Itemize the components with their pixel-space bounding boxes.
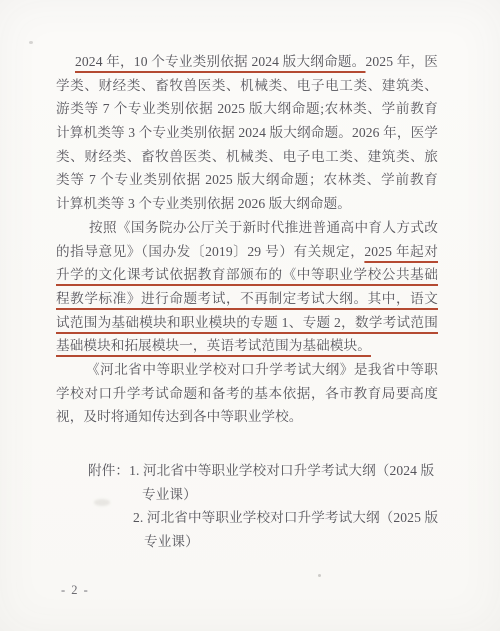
document-body: 2024 年，10 个专业类别依据 2024 版大纲命题。2025 年，医学类、… (56, 50, 438, 554)
underlined-text: 试范围为基础模块和职业模块的专题 1、专题 2，数学考试范围为 (56, 315, 438, 335)
text-segment: 游类等 7 个专业类别依据 2025 版大纲命题;农林类、学前教育类、 (56, 101, 438, 121)
text-segment: 计算机类等 3 个专业类别依据 2026 版大纲命题。 (56, 196, 351, 211)
para3-line2: 学校对口升学考试命题和备考的基本依据，各市教育局要高度重 (56, 382, 438, 406)
text-segment: 专业课） (142, 487, 197, 502)
underlined-text: 基础模块和拓展模块一，英语考试范围为基础模块。 (56, 338, 371, 353)
para2-line6: 基础模块和拓展模块一，英语考试范围为基础模块。 (56, 334, 438, 358)
para2-line5: 试范围为基础模块和职业模块的专题 1、专题 2，数学考试范围为 (56, 311, 438, 335)
para3-line1: 《河北省中等职业学校对口升学考试大纲》是我省中等职业 (86, 358, 438, 382)
attachment-line2: 专业课） (142, 483, 438, 507)
scan-artifact (29, 41, 33, 44)
para2-line2: 的指导意见》（国办发〔2019〕29 号）有关规定，2025 年起对口 (56, 240, 438, 264)
scan-artifact (318, 574, 321, 577)
text-segment: 2. 河北省中等职业学校对口升学考试大纲（2025 版 (133, 510, 438, 525)
attachment-line1: 附件：1. 河北省中等职业学校对口升学考试大纲（2024 版 (88, 459, 438, 483)
underlined-text: 程教学标准》进行命题考试，不再制定考试大纲。其中，语文考 (56, 291, 438, 311)
para2-line4: 程教学标准》进行命题考试，不再制定考试大纲。其中，语文考 (56, 287, 438, 311)
text-segment: 的指导意见》（国办发〔2019〕29 号）有关规定， (56, 244, 364, 259)
para2-line3: 升学的文化课考试依据教育部颁布的《中等职业学校公共基础课 (56, 263, 438, 287)
para1-line5: 类、财经类、畜牧兽医类、机械类、电子电工类、建筑类、旅游 (56, 145, 438, 169)
scanned-page: 2024 年，10 个专业类别依据 2024 版大纲命题。2025 年，医学类、… (0, 0, 500, 631)
text-segment: 附件：1. 河北省中等职业学校对口升学考试大纲（2024 版 (88, 463, 434, 478)
attachment-line4: 专业课） (144, 530, 438, 554)
para1-line3: 游类等 7 个专业类别依据 2025 版大纲命题;农林类、学前教育类、 (56, 97, 438, 121)
text-segment: 视，及时将通知传达到各中等职业学校。 (56, 409, 303, 424)
underlined-text: 升学的文化课考试依据教育部颁布的《中等职业学校公共基础课 (56, 267, 438, 287)
para1-line6: 类等 7 个专业类别依据 2025 版大纲命题；农林类、学前教育类、 (56, 168, 438, 192)
para2-line1: 按照《国务院办公厅关于新时代推进普通高中育人方式改革 (89, 216, 438, 240)
text-segment: 计算机类等 3 个专业类别依据 2024 版大纲命题。2026 年，医学 (56, 125, 438, 140)
text-segment: 学类、财经类、畜牧兽医类、机械类、电子电工类、建筑类、旅 (56, 78, 438, 98)
text-segment: 按照《国务院办公厅关于新时代推进普通高中育人方式改革 (89, 220, 438, 240)
attachment-line3: 2. 河北省中等职业学校对口升学考试大纲（2025 版 (133, 506, 438, 530)
text-segment: 类、财经类、畜牧兽医类、机械类、电子电工类、建筑类、旅游 (56, 149, 438, 169)
para1-line1: 2024 年，10 个专业类别依据 2024 版大纲命题。2025 年，医 (75, 50, 438, 74)
para3-line3: 视，及时将通知传达到各中等职业学校。 (56, 405, 438, 429)
page-number: - 2 - (61, 583, 89, 598)
text-segment: 学校对口升学考试命题和备考的基本依据，各市教育局要高度重 (56, 386, 438, 406)
text-segment: 专业课） (144, 534, 199, 549)
text-segment: 《河北省中等职业学校对口升学考试大纲》是我省中等职业 (86, 362, 438, 382)
underlined-text: 2024 年，10 个专业类别依据 2024 版大纲命题。 (75, 54, 366, 69)
text-segment: 类等 7 个专业类别依据 2025 版大纲命题；农林类、学前教育类、 (56, 172, 438, 192)
text-segment: 2025 年，医 (366, 54, 439, 69)
para1-line7: 计算机类等 3 个专业类别依据 2026 版大纲命题。 (56, 192, 438, 216)
para1-line2: 学类、财经类、畜牧兽医类、机械类、电子电工类、建筑类、旅 (56, 74, 438, 98)
para1-line4: 计算机类等 3 个专业类别依据 2024 版大纲命题。2026 年，医学 (56, 121, 438, 145)
